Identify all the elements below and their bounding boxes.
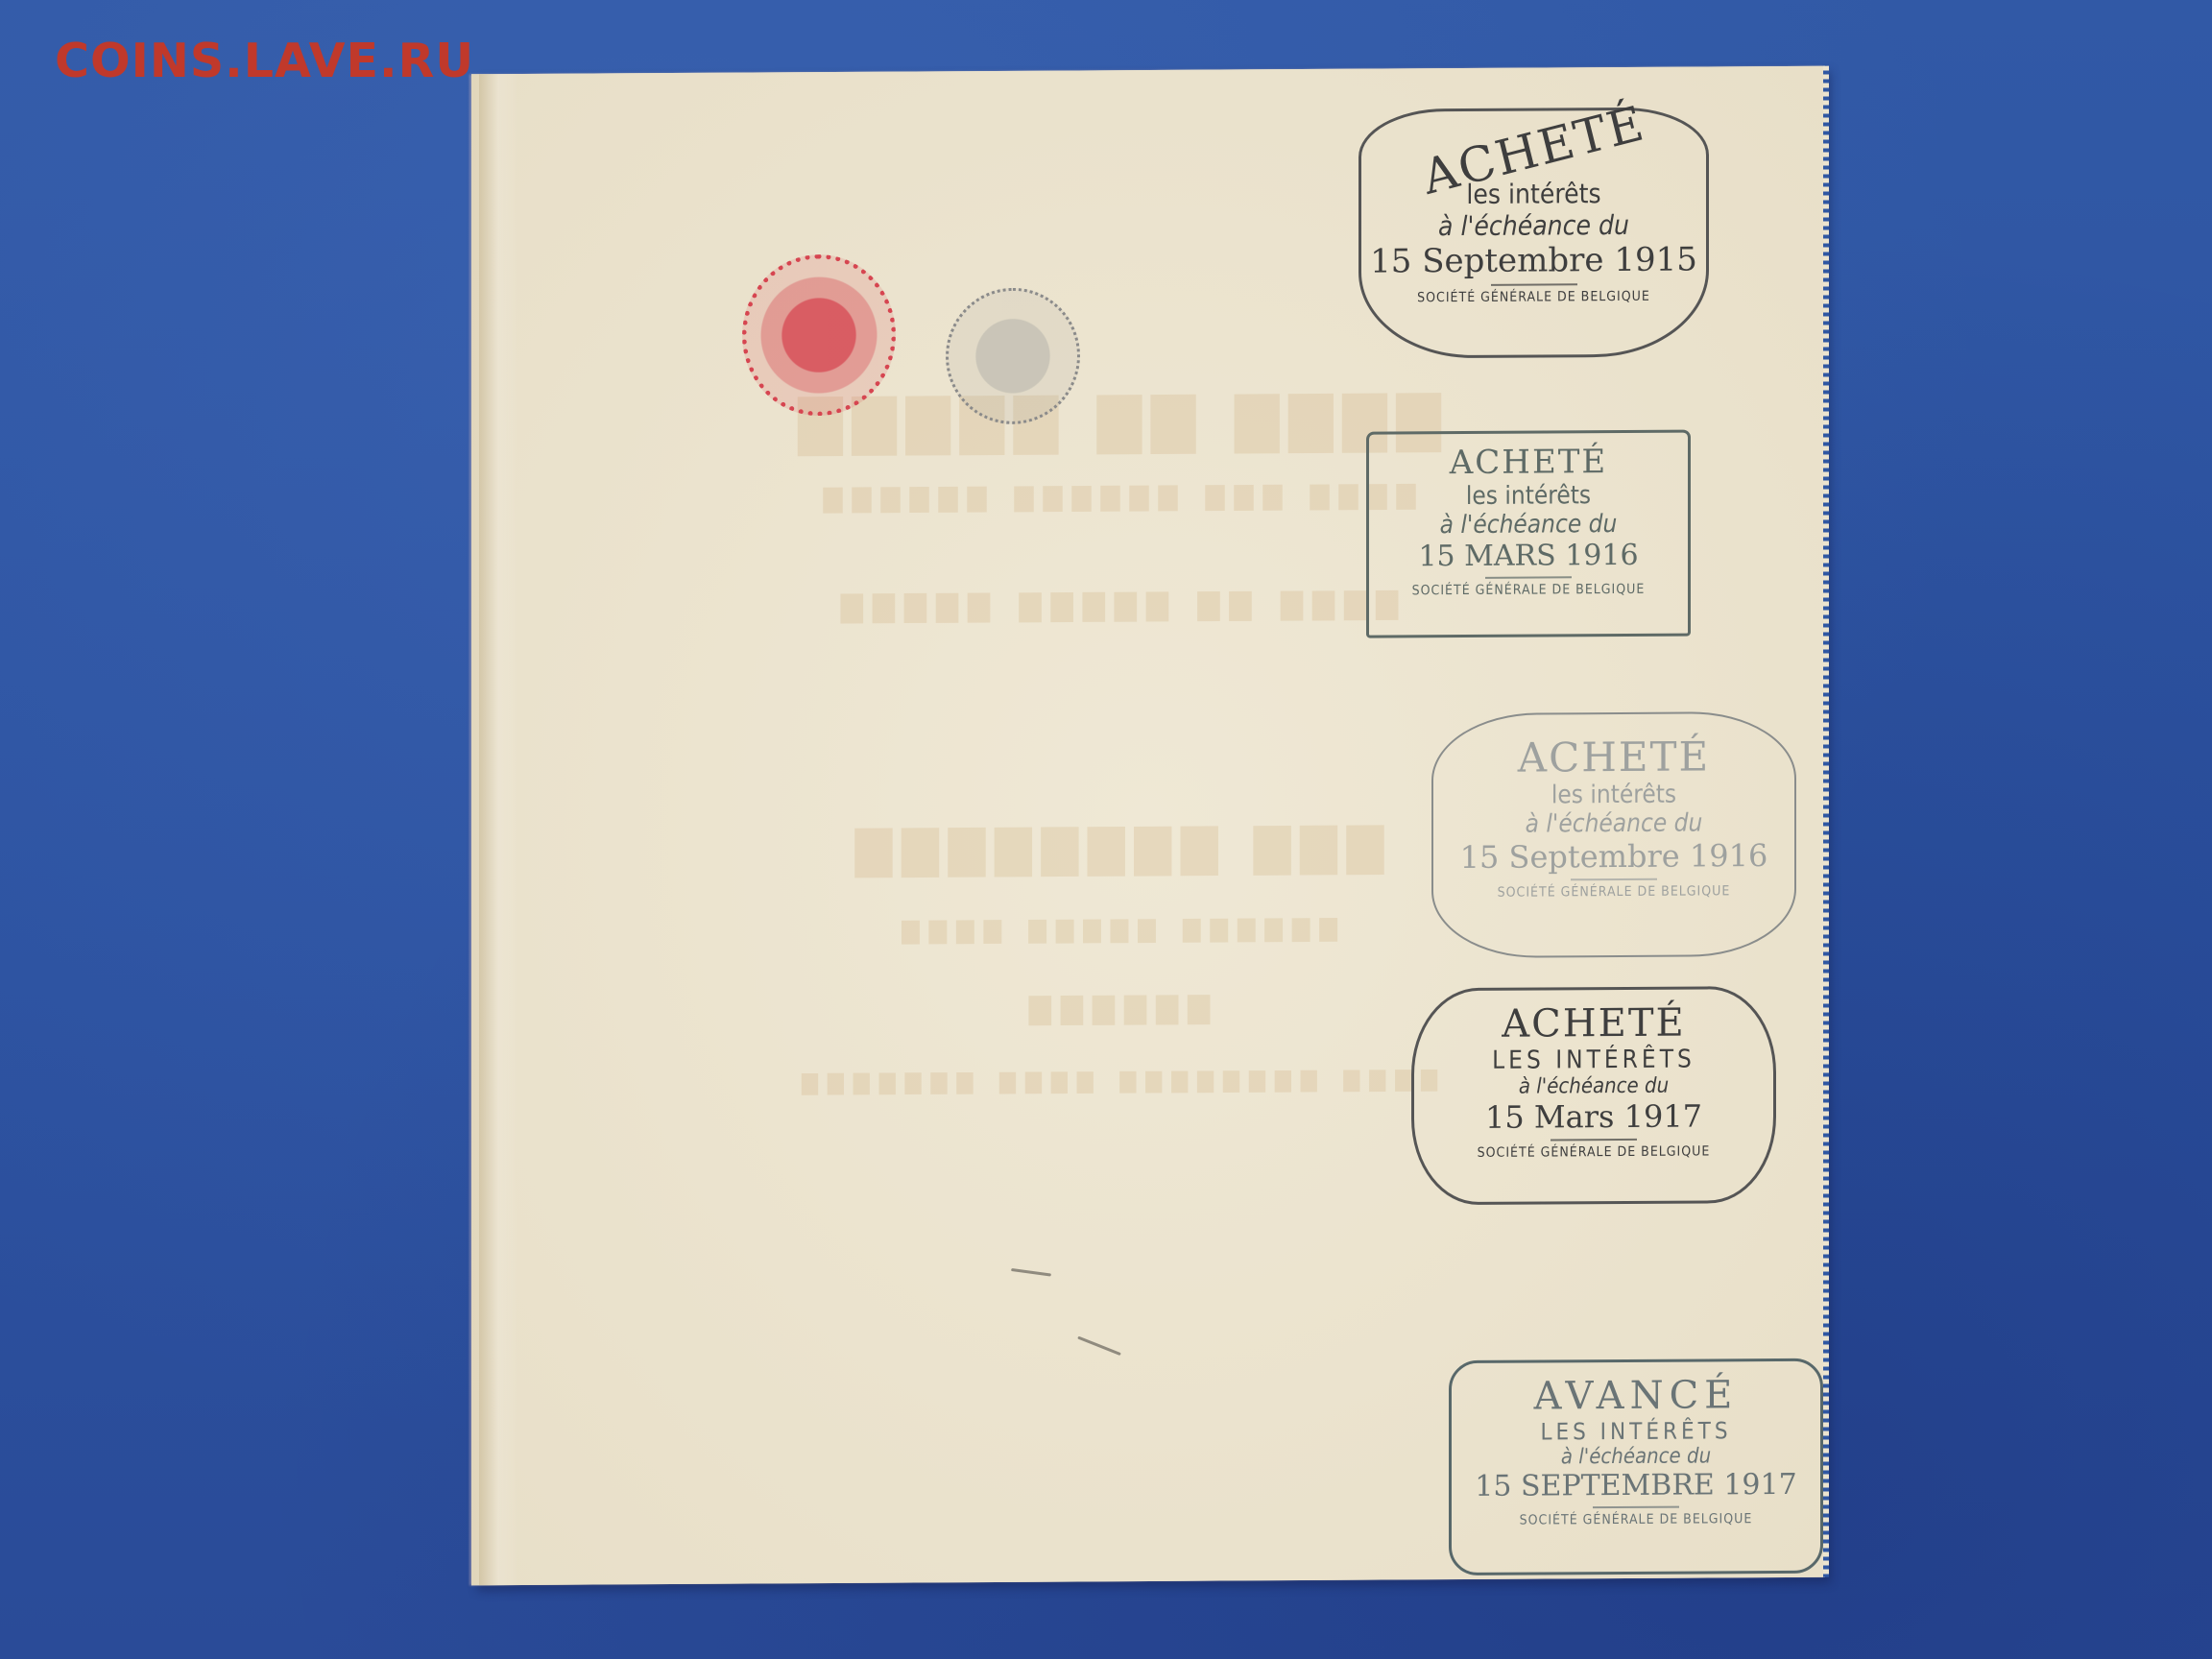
perforated-edge [1823, 66, 1829, 1577]
stamp-rule [1491, 283, 1577, 286]
stamp-avance-sept-1917: AVANCÉ LES INTÉRÊTS à l'échéance du 15 S… [1449, 1358, 1823, 1575]
grey-ink-seal [946, 287, 1080, 424]
pencil-mark [1077, 1336, 1121, 1356]
stamp-achete-mars-1916: ACHETÉ les intérêts à l'échéance du 15 M… [1366, 430, 1691, 638]
bleed-through-line: ▇▇▇▇ ▇▇▇▇▇ ▇▇▇▇▇▇ [692, 912, 1556, 945]
stamp-achete-sept-1916: ACHETÉ les intérêts à l'échéance du 15 S… [1431, 711, 1796, 958]
stamp-rule [1593, 1506, 1679, 1509]
stamp-rule [1551, 1139, 1637, 1142]
stamp-rule [1571, 878, 1657, 881]
paper-fold [479, 74, 517, 1585]
bleed-through-heading: ▇▇▇▇▇▇▇▇ ▇▇▇ [692, 816, 1556, 878]
watermark: COINS.LAVE.RU [55, 34, 474, 88]
certificate-reverse: ▇▇▇▇▇ ▇▇ ▇▇▇▇ ▇▇▇▇▇▇ ▇▇▇▇▇▇ ▇▇▇ ▇▇▇▇ ▇▇▇… [471, 66, 1825, 1586]
stamp-achete-mars-1917: ACHETÉ LES INTÉRÊTS à l'échéance du 15 M… [1411, 986, 1776, 1205]
stamp-achete-sept-1915: ACHETÉ les intérêts à l'échéance du 15 S… [1358, 107, 1709, 358]
stamp-rule [1485, 576, 1572, 579]
pencil-mark [1011, 1268, 1051, 1277]
red-wax-seal [742, 254, 896, 417]
